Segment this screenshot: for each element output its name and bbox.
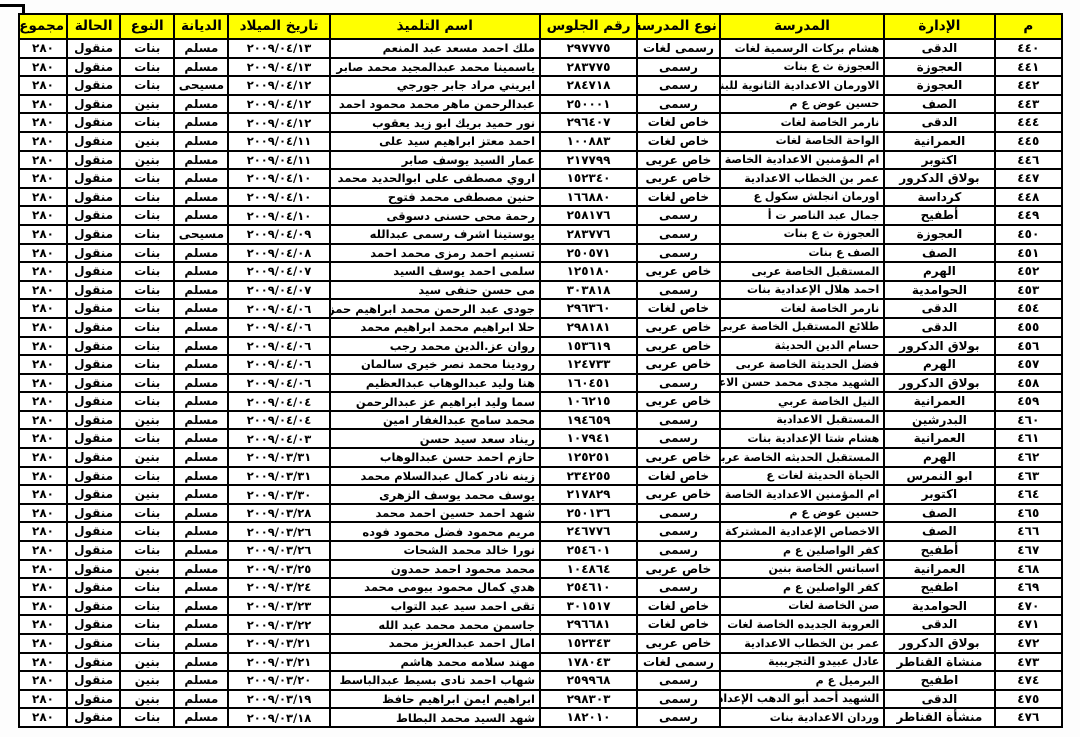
cell-serial: ٤٦٤ — [995, 485, 1062, 504]
cell-seat_no: ٢٨٣٧٧٦ — [540, 225, 637, 244]
cell-serial: ٤٥٢ — [995, 262, 1062, 281]
cell-school_type: رسمى — [637, 281, 720, 300]
cell-birth_date: ٢٠٠٩/٠٣/٢٠ — [228, 671, 329, 690]
cell-total: ٢٨٠ — [19, 132, 67, 151]
cell-gender: بنات — [120, 708, 174, 727]
cell-status: منقول — [67, 690, 120, 709]
cell-admin: البدرشين — [884, 411, 994, 430]
table-row: ٤٥٦بولاق الدكرورحسام الدين الحديثةخاص عر… — [19, 337, 1062, 356]
cell-status: منقول — [67, 653, 120, 672]
table-row: ٤٥٠العجوزةالعجوزة ث ع بناترسمى٢٨٣٧٧٦يوست… — [19, 225, 1062, 244]
cell-serial: ٤٥٥ — [995, 318, 1062, 337]
cell-total: ٢٨٠ — [19, 522, 67, 541]
cell-total: ٢٨٠ — [19, 95, 67, 114]
cell-student_name: يوسف محمد يوسف الزهرى — [330, 485, 540, 504]
cell-serial: ٤٤٨ — [995, 188, 1062, 207]
cell-school: المستقبل الخاصة عربى — [720, 262, 884, 281]
table-row: ٤٦٢الهرمالمستقبل الحديثه الخاصة عربىخاص … — [19, 448, 1062, 467]
cell-total: ٢٨٠ — [19, 299, 67, 318]
cell-seat_no: ١٩٤٦٥٩ — [540, 411, 637, 430]
cell-student_name: مريم محمود فضل محمود فوده — [330, 522, 540, 541]
cell-serial: ٤٥٣ — [995, 281, 1062, 300]
cell-gender: بنات — [120, 392, 174, 411]
scanned-table-page: { "page": { "background_color": "#fdfdfd… — [0, 0, 1080, 737]
cell-admin: بولاق الدكرور — [884, 337, 994, 356]
cell-religion: مسلم — [174, 504, 228, 523]
cell-seat_no: ٢٩٦٣٦٠ — [540, 299, 637, 318]
cell-religion: مسلم — [174, 39, 228, 58]
cell-school_type: رسمى — [637, 522, 720, 541]
cell-seat_no: ٢٩٨١٨١ — [540, 318, 637, 337]
cell-birth_date: ٢٠٠٩/٠٤/٠٧ — [228, 262, 329, 281]
cell-school_type: رسمى لغات — [637, 39, 720, 58]
table-row: ٤٦٤اكتوبرام المؤمنين الاعدادية الخاصةخاص… — [19, 485, 1062, 504]
cell-seat_no: ١٦٦٨٨٠ — [540, 188, 637, 207]
cell-religion: مسلم — [174, 615, 228, 634]
cell-total: ٢٨٠ — [19, 541, 67, 560]
cell-birth_date: ٢٠٠٩/٠٣/٣١ — [228, 448, 329, 467]
cell-school_type: خاص عربى — [637, 392, 720, 411]
cell-religion: مسلم — [174, 653, 228, 672]
cell-total: ٢٨٠ — [19, 615, 67, 634]
table-row: ٤٧١الدقىالعروبة الجديده الخاصة لغاتخاص ل… — [19, 615, 1062, 634]
cell-status: منقول — [67, 206, 120, 225]
cell-school: هشام شتا الإعدادية بنات — [720, 429, 884, 448]
table-row: ٤٥٤الدقىنارمر الخاصة لغاتخاص لغات٢٩٦٣٦٠ج… — [19, 299, 1062, 318]
cell-student_name: ملك احمد مسعد عبد المنعم — [330, 39, 540, 58]
cell-admin: الهرم — [884, 355, 994, 374]
cell-admin: الدقى — [884, 39, 994, 58]
cell-serial: ٤٥٨ — [995, 374, 1062, 393]
cell-religion: مسلم — [174, 244, 228, 263]
cropped-corner-fragment — [22, 4, 25, 13]
cell-total: ٢٨٠ — [19, 244, 67, 263]
cell-serial: ٤٤٦ — [995, 151, 1062, 170]
column-header-total: مجموع — [19, 14, 67, 39]
students-table: مالإدارةالمدرسةنوع المدرسةرقم الجلوساسم … — [18, 13, 1063, 728]
cell-serial: ٤٥٦ — [995, 337, 1062, 356]
cell-birth_date: ٢٠٠٩/٠٤/١٠ — [228, 206, 329, 225]
cell-admin: العمرانية — [884, 560, 994, 579]
cell-school_type: خاص عربى — [637, 448, 720, 467]
cell-admin: بولاق الدكرور — [884, 634, 994, 653]
cell-religion: مسلم — [174, 708, 228, 727]
cell-serial: ٤٤٣ — [995, 95, 1062, 114]
table-row: ٤٦١العمرانيةهشام شتا الإعدادية بناترسمى١… — [19, 429, 1062, 448]
cell-admin: العجوزة — [884, 225, 994, 244]
cell-serial: ٤٤٩ — [995, 206, 1062, 225]
cell-religion: مسلم — [174, 597, 228, 616]
cell-gender: بنات — [120, 634, 174, 653]
cell-status: منقول — [67, 132, 120, 151]
cell-school: العروبة الجديده الخاصة لغات — [720, 615, 884, 634]
cell-serial: ٤٥١ — [995, 244, 1062, 263]
cell-birth_date: ٢٠٠٩/٠٣/٢٦ — [228, 522, 329, 541]
cell-religion: مسلم — [174, 374, 228, 393]
cell-serial: ٤٦٩ — [995, 578, 1062, 597]
cell-serial: ٤٥٩ — [995, 392, 1062, 411]
cell-school: المستقبل الاعدادية — [720, 411, 884, 430]
cell-religion: مسلم — [174, 169, 228, 188]
cell-school: نارمر الخاصة لغات — [720, 299, 884, 318]
cell-admin: بولاق الدكرور — [884, 169, 994, 188]
cell-birth_date: ٢٠٠٩/٠٣/٢٤ — [228, 578, 329, 597]
cell-total: ٢٨٠ — [19, 262, 67, 281]
cell-status: منقول — [67, 337, 120, 356]
cell-serial: ٤٦٠ — [995, 411, 1062, 430]
cell-gender: بنات — [120, 299, 174, 318]
cell-total: ٢٨٠ — [19, 392, 67, 411]
cell-birth_date: ٢٠٠٩/٠٤/١٢ — [228, 95, 329, 114]
cell-religion: مسيحى — [174, 225, 228, 244]
cell-school_type: خاص لغات — [637, 467, 720, 486]
cell-total: ٢٨٠ — [19, 76, 67, 95]
cell-birth_date: ٢٠٠٩/٠٣/٢٨ — [228, 504, 329, 523]
cell-admin: الدقى — [884, 318, 994, 337]
cell-religion: مسلم — [174, 411, 228, 430]
cell-student_name: سما وليد ابراهيم عز عبدالرحمن — [330, 392, 540, 411]
table-row: ٤٦٠البدرشينالمستقبل الاعداديةرسمى١٩٤٦٥٩م… — [19, 411, 1062, 430]
cell-school: نارمر الخاصة لغات — [720, 113, 884, 132]
cell-birth_date: ٢٠٠٩/٠٤/١٢ — [228, 113, 329, 132]
cell-school_type: رسمى — [637, 578, 720, 597]
cell-total: ٢٨٠ — [19, 206, 67, 225]
cell-serial: ٤٧٣ — [995, 653, 1062, 672]
cell-seat_no: ٢٥٨١٧٦ — [540, 206, 637, 225]
cell-school_type: خاص لغات — [637, 113, 720, 132]
cell-school: حسين عوض ع م — [720, 504, 884, 523]
column-header-school: المدرسة — [720, 14, 884, 39]
table-row: ٤٥١الصفالصف ع بناترسمى٢٥٠٥٧١تسنيم احمد ر… — [19, 244, 1062, 263]
cell-admin: اطفيح — [884, 578, 994, 597]
cell-student_name: روان عز.الدين محمد رجب — [330, 337, 540, 356]
cell-student_name: محمد سامح عبدالغفار امين — [330, 411, 540, 430]
cell-birth_date: ٢٠٠٩/٠٤/٠٦ — [228, 337, 329, 356]
cell-school: عمر بن الخطاب الاعدادية — [720, 169, 884, 188]
cell-total: ٢٨٠ — [19, 671, 67, 690]
cell-school_type: رسمى — [637, 690, 720, 709]
cell-serial: ٤٥٠ — [995, 225, 1062, 244]
cell-serial: ٤٦٨ — [995, 560, 1062, 579]
cell-seat_no: ٢٩٧٧٧٥ — [540, 39, 637, 58]
cell-gender: بنين — [120, 411, 174, 430]
column-header-status: الحالة — [67, 14, 120, 39]
table-row: ٤٧٢بولاق الدكرورعمر بن الخطاب الاعداديةخ… — [19, 634, 1062, 653]
cell-religion: مسلم — [174, 392, 228, 411]
cell-religion: مسلم — [174, 578, 228, 597]
table-row: ٤٤٠الدقىهشام بركات الرسمية لغاترسمى لغات… — [19, 39, 1062, 58]
cell-school_type: رسمى لغات — [637, 653, 720, 672]
cell-gender: بنين — [120, 560, 174, 579]
cell-school_type: خاص لغات — [637, 299, 720, 318]
cell-school: حسين عوض ع م — [720, 95, 884, 114]
cell-gender: بنين — [120, 448, 174, 467]
cell-serial: ٤٤٢ — [995, 76, 1062, 95]
cell-status: منقول — [67, 299, 120, 318]
column-header-serial: م — [995, 14, 1062, 39]
cell-student_name: هدي كمال محمود بيومى محمد — [330, 578, 540, 597]
cell-school_type: خاص عربى — [637, 560, 720, 579]
cell-religion: مسلم — [174, 95, 228, 114]
cell-birth_date: ٢٠٠٩/٠٤/٠٦ — [228, 299, 329, 318]
cell-serial: ٤٦٦ — [995, 522, 1062, 541]
cell-status: منقول — [67, 188, 120, 207]
cell-gender: بنات — [120, 39, 174, 58]
cell-admin: اكتوبر — [884, 485, 994, 504]
table-row: ٤٤١العجوزةالعجوزة ث ع بناترسمى٢٨٣٧٧٥ياسم… — [19, 58, 1062, 77]
cell-birth_date: ٢٠٠٩/٠٣/١٩ — [228, 690, 329, 709]
column-header-religion: الديانة — [174, 14, 228, 39]
cell-admin: الدقى — [884, 113, 994, 132]
cell-school_type: رسمى — [637, 206, 720, 225]
cell-birth_date: ٢٠٠٩/٠٤/١٣ — [228, 58, 329, 77]
cell-school: العجوزة ث ع بنات — [720, 225, 884, 244]
cell-admin: كرداسة — [884, 188, 994, 207]
cell-serial: ٤٤٥ — [995, 132, 1062, 151]
cell-status: منقول — [67, 39, 120, 58]
cell-seat_no: ١٠٠٨٨٣ — [540, 132, 637, 151]
cell-school: الاخصاص الإعدادية المشتركة — [720, 522, 884, 541]
cell-seat_no: ٢٥٠٥٧١ — [540, 244, 637, 263]
cell-student_name: مهند سلامه محمد هاشم — [330, 653, 540, 672]
cell-religion: مسلم — [174, 429, 228, 448]
cell-seat_no: ١٢٤٧٣٣ — [540, 355, 637, 374]
cell-total: ٢٨٠ — [19, 281, 67, 300]
cell-seat_no: ١٦٠٤٥١ — [540, 374, 637, 393]
cell-admin: الصف — [884, 522, 994, 541]
table-row: ٤٤٢العجوزةالاورمان الاعدادية الثانوية لل… — [19, 76, 1062, 95]
cell-gender: بنات — [120, 578, 174, 597]
cell-status: منقول — [67, 597, 120, 616]
cell-school_type: خاص لغات — [637, 188, 720, 207]
cell-admin: الصف — [884, 244, 994, 263]
cell-birth_date: ٢٠٠٩/٠٤/٠٩ — [228, 225, 329, 244]
cell-gender: بنات — [120, 522, 174, 541]
cell-student_name: نور حميد بريك ابو زيد يعقوب — [330, 113, 540, 132]
cell-school_type: خاص لغات — [637, 615, 720, 634]
cell-status: منقول — [67, 504, 120, 523]
cell-total: ٢٨٠ — [19, 429, 67, 448]
cell-serial: ٤٦٥ — [995, 504, 1062, 523]
cell-total: ٢٨٠ — [19, 355, 67, 374]
cell-birth_date: ٢٠٠٩/٠٤/٠٤ — [228, 411, 329, 430]
cell-school: حسام الدين الحديثة — [720, 337, 884, 356]
cell-status: منقول — [67, 95, 120, 114]
cell-gender: بنين — [120, 653, 174, 672]
cell-birth_date: ٢٠٠٩/٠٤/٠٦ — [228, 318, 329, 337]
cell-religion: مسلم — [174, 132, 228, 151]
cell-school: النيل الخاصة عربي — [720, 392, 884, 411]
cell-religion: مسلم — [174, 206, 228, 225]
cell-school_type: رسمى — [637, 95, 720, 114]
table-row: ٤٧٤اطفيحالبرميل ع مرسمى٢٥٩٩٦٨شهاب احمد ن… — [19, 671, 1062, 690]
cell-religion: مسلم — [174, 188, 228, 207]
cell-school_type: رسمى — [637, 411, 720, 430]
cell-serial: ٤٧٤ — [995, 671, 1062, 690]
cell-school: عادل عبيدو التجريبية — [720, 653, 884, 672]
cell-religion: مسلم — [174, 522, 228, 541]
cell-status: منقول — [67, 522, 120, 541]
cell-birth_date: ٢٠٠٩/٠٣/١٨ — [228, 708, 329, 727]
cell-seat_no: ١٥٢٣٤٠ — [540, 169, 637, 188]
cell-birth_date: ٢٠٠٩/٠٣/٢٢ — [228, 615, 329, 634]
cell-gender: بنات — [120, 188, 174, 207]
header-row: مالإدارةالمدرسةنوع المدرسةرقم الجلوساسم … — [19, 14, 1062, 39]
table-row: ٤٤٥العمرانيةالواحة الخاصة لغاتخاص لغات١٠… — [19, 132, 1062, 151]
cell-birth_date: ٢٠٠٩/٠٣/٢٥ — [228, 560, 329, 579]
column-header-birth_date: تاريخ الميلاد — [228, 14, 329, 39]
cell-seat_no: ٢١٧٨٢٩ — [540, 485, 637, 504]
cell-gender: بنات — [120, 244, 174, 263]
cell-student_name: هنا وليد عبدالوهاب عبدالعظيم — [330, 374, 540, 393]
cell-school: الشهيد أحمد أبو الدهب الإعدادية بنين — [720, 690, 884, 709]
cell-serial: ٤٦٢ — [995, 448, 1062, 467]
cell-status: منقول — [67, 225, 120, 244]
table-row: ٤٧٠الحوامديةصن الخاصة لغاتخاص لغات٣٠١٥١٧… — [19, 597, 1062, 616]
cell-school_type: خاص عربى — [637, 262, 720, 281]
cell-student_name: ابراهيم ايمن ابراهيم حافظ — [330, 690, 540, 709]
cell-religion: مسلم — [174, 262, 228, 281]
cell-seat_no: ٢٥٩٩٦٨ — [540, 671, 637, 690]
cell-gender: بنات — [120, 169, 174, 188]
cell-total: ٢٨٠ — [19, 318, 67, 337]
cell-admin: أطفيح — [884, 541, 994, 560]
cell-school: الشهيد مجدى محمد حسن الاعدادية — [720, 374, 884, 393]
cell-serial: ٤٤٠ — [995, 39, 1062, 58]
table-row: ٤٥٨بولاق الدكرورالشهيد مجدى محمد حسن الا… — [19, 374, 1062, 393]
cell-school: فضل الحديثة الخاصة عربى — [720, 355, 884, 374]
cell-admin: العمرانية — [884, 429, 994, 448]
cell-status: منقول — [67, 374, 120, 393]
cell-religion: مسلم — [174, 560, 228, 579]
cell-gender: بنات — [120, 467, 174, 486]
cell-school: الحياة الحديثة لغات ع — [720, 467, 884, 486]
cell-seat_no: ٢٥٤٦١٠ — [540, 578, 637, 597]
cell-admin: العجوزة — [884, 76, 994, 95]
cell-status: منقول — [67, 411, 120, 430]
cell-admin: أطفيح — [884, 206, 994, 225]
cell-school: وردان الاعدادية بنات — [720, 708, 884, 727]
cell-gender: بنات — [120, 262, 174, 281]
cell-seat_no: ٢٣٤٢٥٥ — [540, 467, 637, 486]
cell-gender: بنات — [120, 206, 174, 225]
cell-serial: ٤٦٣ — [995, 467, 1062, 486]
cell-school_type: رسمى — [637, 244, 720, 263]
table-row: ٤٤٧بولاق الدكرورعمر بن الخطاب الاعداديةخ… — [19, 169, 1062, 188]
table-row: ٤٦٣ابو النمرسالحياة الحديثة لغات عخاص لغ… — [19, 467, 1062, 486]
cell-status: منقول — [67, 467, 120, 486]
cell-student_name: شهد السيد محمد البطاط — [330, 708, 540, 727]
table-row: ٤٥٩العمرانيةالنيل الخاصة عربيخاص عربى١٠٦… — [19, 392, 1062, 411]
cell-total: ٢٨٠ — [19, 708, 67, 727]
cell-student_name: تقى احمد سيد عبد التواب — [330, 597, 540, 616]
cell-total: ٢٨٠ — [19, 374, 67, 393]
cell-school_type: رسمى — [637, 504, 720, 523]
cell-seat_no: ٣٠٣٨١٨ — [540, 281, 637, 300]
cell-student_name: جودى عبد الرحمن محمد ابراهيم حمزه — [330, 299, 540, 318]
cell-total: ٢٨٠ — [19, 337, 67, 356]
cell-student_name: محمد محمود احمد حمدون — [330, 560, 540, 579]
cell-status: منقول — [67, 318, 120, 337]
cell-religion: مسلم — [174, 337, 228, 356]
cell-student_name: نورا خالد محمد الشحات — [330, 541, 540, 560]
cell-seat_no: ١٠٤٨٦٤ — [540, 560, 637, 579]
cell-school: الاورمان الاعدادية الثانوية للبنات — [720, 76, 884, 95]
cell-school: العجوزة ث ع بنات — [720, 58, 884, 77]
cell-birth_date: ٢٠٠٩/٠٤/٠٦ — [228, 355, 329, 374]
table-row: ٤٥٢الهرمالمستقبل الخاصة عربىخاص عربى١٢٥١… — [19, 262, 1062, 281]
cell-seat_no: ٢٩٨٣٠٣ — [540, 690, 637, 709]
cell-seat_no: ٢٩٦٤٠٧ — [540, 113, 637, 132]
cell-student_name: سلمى احمد يوسف السيد — [330, 262, 540, 281]
cell-total: ٢٨٠ — [19, 188, 67, 207]
cell-gender: بنات — [120, 337, 174, 356]
cell-gender: بنات — [120, 597, 174, 616]
cell-school: طلائع المستقبل الخاصة عربى — [720, 318, 884, 337]
cell-seat_no: ٢٩٦٦٨١ — [540, 615, 637, 634]
cell-student_name: مى حسن حنفى سيد — [330, 281, 540, 300]
cell-school_type: رسمى — [637, 541, 720, 560]
cell-school: صن الخاصة لغات — [720, 597, 884, 616]
cell-school_type: رسمى — [637, 58, 720, 77]
cell-school: الصف ع بنات — [720, 244, 884, 263]
table-row: ٤٤٤الدقىنارمر الخاصة لغاتخاص لغات٢٩٦٤٠٧ن… — [19, 113, 1062, 132]
table-row: ٤٤٨كرداسةاورمان انجلش سكول عخاص لغات١٦٦٨… — [19, 188, 1062, 207]
cell-school_type: رسمى — [637, 374, 720, 393]
cell-admin: اطفيح — [884, 671, 994, 690]
cell-religion: مسلم — [174, 448, 228, 467]
cell-religion: مسلم — [174, 634, 228, 653]
cell-seat_no: ٢٨٤٧١٨ — [540, 76, 637, 95]
cell-admin: الصف — [884, 95, 994, 114]
cell-birth_date: ٢٠٠٩/٠٤/١٢ — [228, 76, 329, 95]
cell-admin: الحوامدية — [884, 281, 994, 300]
cell-status: منقول — [67, 448, 120, 467]
cell-status: منقول — [67, 113, 120, 132]
cell-school_type: خاص لغات — [637, 597, 720, 616]
cell-total: ٢٨٠ — [19, 39, 67, 58]
column-header-admin: الإدارة — [884, 14, 994, 39]
cell-student_name: عبدالرحمن ماهر محمد محمود احمد — [330, 95, 540, 114]
cell-school_type: رسمى — [637, 76, 720, 95]
cell-admin: الصف — [884, 504, 994, 523]
cell-total: ٢٨٠ — [19, 634, 67, 653]
table-row: ٤٤٩أطفيحجمال عبد الناصر ت أرسمى٢٥٨١٧٦رحم… — [19, 206, 1062, 225]
cell-religion: مسلم — [174, 113, 228, 132]
cell-seat_no: ١٢٥٢٥١ — [540, 448, 637, 467]
cell-religion: مسلم — [174, 541, 228, 560]
cell-birth_date: ٢٠٠٩/٠٤/٠٣ — [228, 429, 329, 448]
cell-status: منقول — [67, 671, 120, 690]
cell-religion: مسلم — [174, 485, 228, 504]
column-header-gender: النوع — [120, 14, 174, 39]
cell-admin: العمرانية — [884, 132, 994, 151]
cropped-corner-fragment — [0, 4, 24, 7]
cell-status: منقول — [67, 151, 120, 170]
cell-gender: بنات — [120, 504, 174, 523]
cell-total: ٢٨٠ — [19, 448, 67, 467]
cell-student_name: عمار السيد يوسف صابر — [330, 151, 540, 170]
cell-total: ٢٨٠ — [19, 504, 67, 523]
cell-birth_date: ٢٠٠٩/٠٣/٣٠ — [228, 485, 329, 504]
cell-serial: ٤٧٦ — [995, 708, 1062, 727]
cell-school_type: خاص عربى — [637, 355, 720, 374]
cell-student_name: حازم احمد حسن عبدالوهاب — [330, 448, 540, 467]
cell-school_type: رسمى — [637, 225, 720, 244]
cell-religion: مسلم — [174, 318, 228, 337]
cell-admin: العجوزة — [884, 58, 994, 77]
cell-birth_date: ٢٠٠٩/٠٤/١١ — [228, 151, 329, 170]
